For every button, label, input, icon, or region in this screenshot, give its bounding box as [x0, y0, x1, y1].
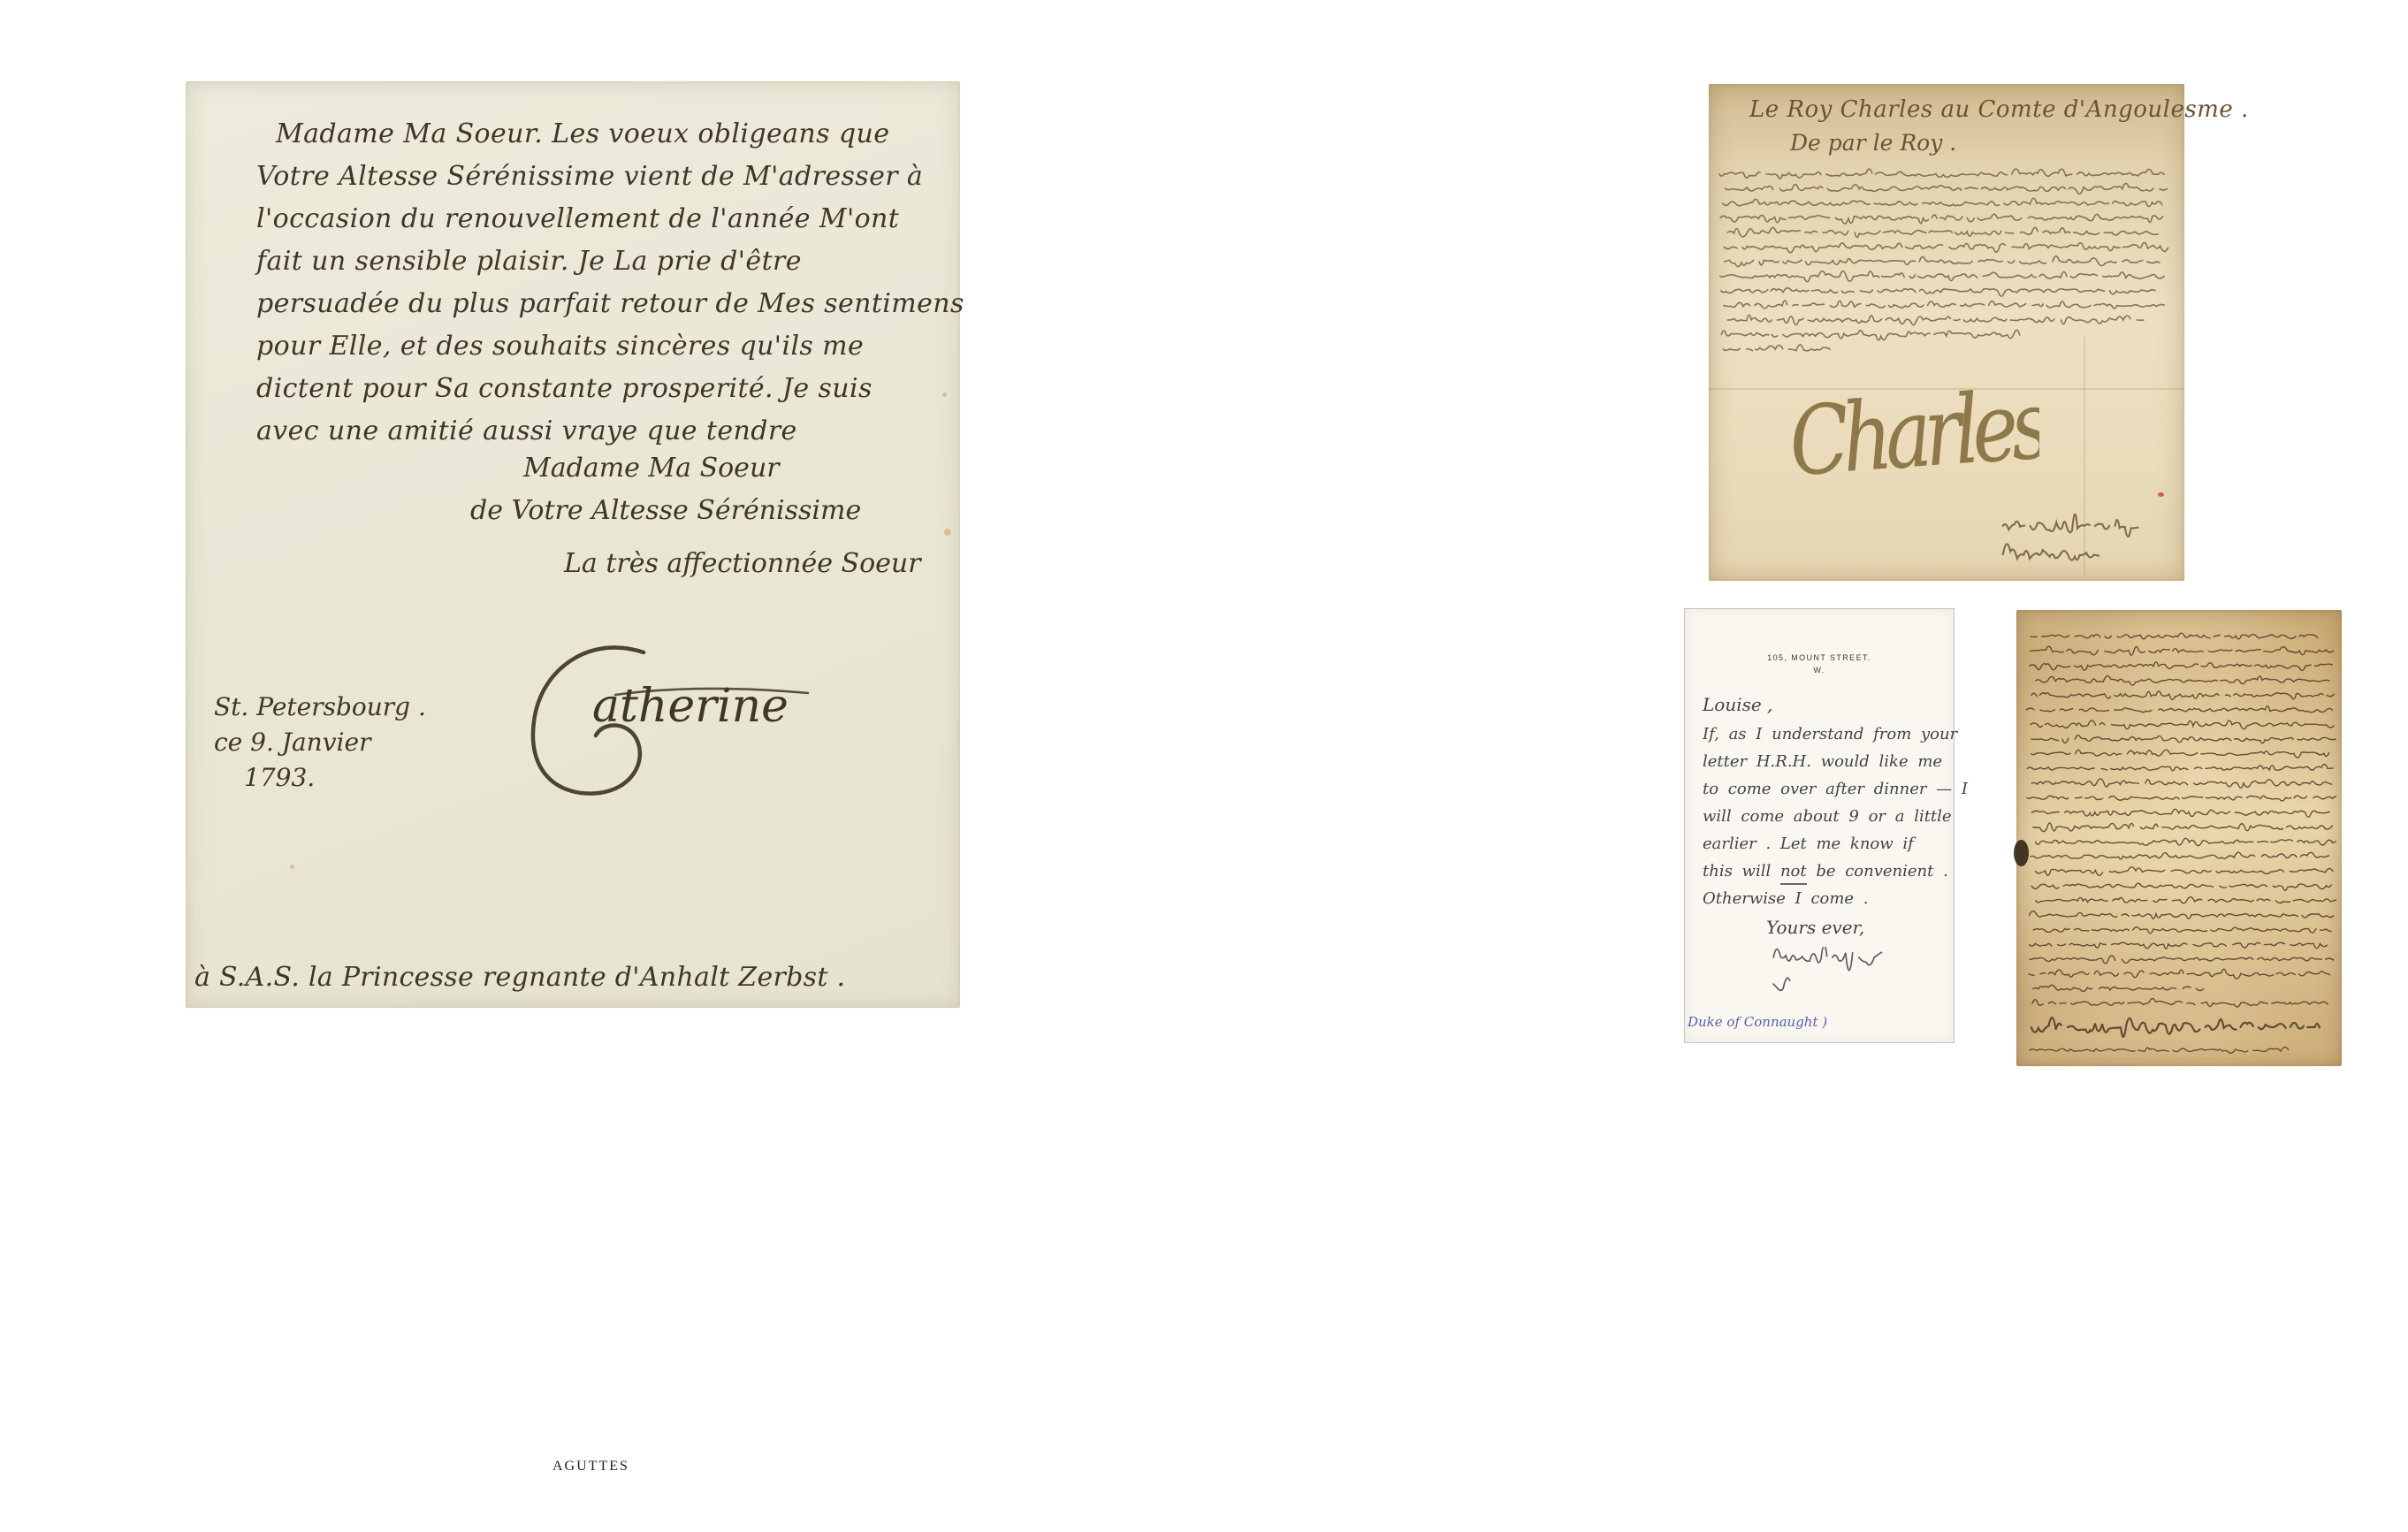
salutation: Louise ,: [1703, 694, 1772, 715]
date-line: ce 9. Janvier: [214, 725, 426, 760]
paper-crease: [2084, 337, 2085, 575]
catherine-signature: atherine: [511, 640, 815, 804]
closing-line: de Votre Altesse Sérénissime: [470, 495, 861, 526]
manuscript-line: fait un sensible plaisir. Je La prie d'ê…: [256, 240, 928, 283]
year-line: 1793.: [214, 760, 426, 796]
address-line: à S.A.S. la Princesse regnante d'Anhalt …: [194, 962, 951, 993]
french-signature-flourish: [2027, 1015, 2328, 1045]
mount-street-body-text: If, as I understand from your letter H.R…: [1703, 720, 1943, 912]
manuscript-line: Votre Altesse Sérénissime vient de M'adr…: [256, 156, 928, 198]
manuscript-line: Madame Ma Soeur. Les voeux obligeans que: [256, 113, 928, 156]
french-illegible-body: [2023, 629, 2336, 1015]
paper-crease: [1709, 388, 2184, 390]
foxing-spot: [944, 529, 951, 536]
foxing-spot: [290, 865, 294, 869]
manuscript-line: persuadée du plus parfait retour de Mes …: [256, 283, 928, 325]
printed-letterhead: 105, MOUNT STREET. W.: [1685, 652, 1954, 676]
charles-signature: Charles: [1783, 346, 2039, 487]
letterhead-district: W.: [1685, 664, 1954, 676]
foxing-spot: [942, 393, 947, 397]
catherine-signature-text: atherine: [592, 680, 789, 733]
underline-of-not: [1780, 883, 1807, 885]
charles-header-line: Le Roy Charles au Comte d'Angoulesme .: [1749, 96, 2174, 123]
manuscript-line: l'occasion du renouvellement de l'année …: [256, 198, 928, 240]
aguttes-wordmark: AGUTTES: [552, 1459, 629, 1475]
letter-charles-scan: Le Roy Charles au Comte d'Angoulesme . D…: [1709, 84, 2184, 581]
manuscript-line: If, as I understand from your: [1703, 720, 1943, 748]
manuscript-line: Otherwise I come .: [1703, 885, 1943, 912]
charles-illegible-body: [1718, 167, 2177, 365]
secretary-countersignature: [1999, 514, 2149, 575]
manuscript-line: to come over after dinner — I: [1703, 775, 1943, 803]
foxing-spot: [566, 214, 571, 219]
charles-subheader-line: De par le Roy .: [1790, 130, 1956, 156]
charles-signature-text-svg: Charles: [1783, 346, 2039, 487]
manuscript-line: dictent pour Sa constante prosperité. Je…: [256, 368, 928, 410]
blue-pencil-annotation: Duke of Connaught ): [1688, 1014, 1827, 1030]
letterhead-address: 105, MOUNT STREET.: [1685, 652, 1954, 664]
place-line: St. Petersbourg .: [214, 690, 426, 725]
valediction: Yours ever,: [1766, 917, 1864, 938]
french-last-line: [2027, 1045, 2292, 1059]
closing-line: La très affectionnée Soeur: [564, 548, 921, 579]
catalog-page: Madame Ma Soeur. Les voeux obligeans que…: [0, 0, 2408, 1532]
red-speck: [2158, 492, 2164, 497]
catherine-body-text: Madame Ma Soeur. Les voeux obligeans que…: [256, 113, 928, 453]
letter-mount-street-scan: 105, MOUNT STREET. W. Louise , If, as I …: [1684, 608, 1955, 1043]
manuscript-line: letter H.R.H. would like me: [1703, 748, 1943, 775]
ink-blot: [2014, 840, 2029, 866]
catherine-signature-flourish: atherine: [511, 640, 815, 804]
manuscript-line: avec une amitié aussi vraye que tendre: [256, 410, 928, 453]
place-date-block: St. Petersbourg . ce 9. Janvier 1793.: [214, 690, 426, 796]
manuscript-line: earlier . Let me know if: [1703, 830, 1943, 857]
manuscript-line: this will not be convenient .: [1703, 857, 1943, 885]
letter-catherine-scan: Madame Ma Soeur. Les voeux obligeans que…: [186, 81, 960, 1008]
manuscript-line: will come about 9 or a little: [1703, 803, 1943, 830]
illegible-signature: [1770, 947, 1894, 1000]
letter-french-manuscript-scan: [2016, 610, 2342, 1066]
closing-line: Madame Ma Soeur: [523, 453, 780, 484]
manuscript-line: pour Elle, et des souhaits sincères qu'i…: [256, 325, 928, 368]
